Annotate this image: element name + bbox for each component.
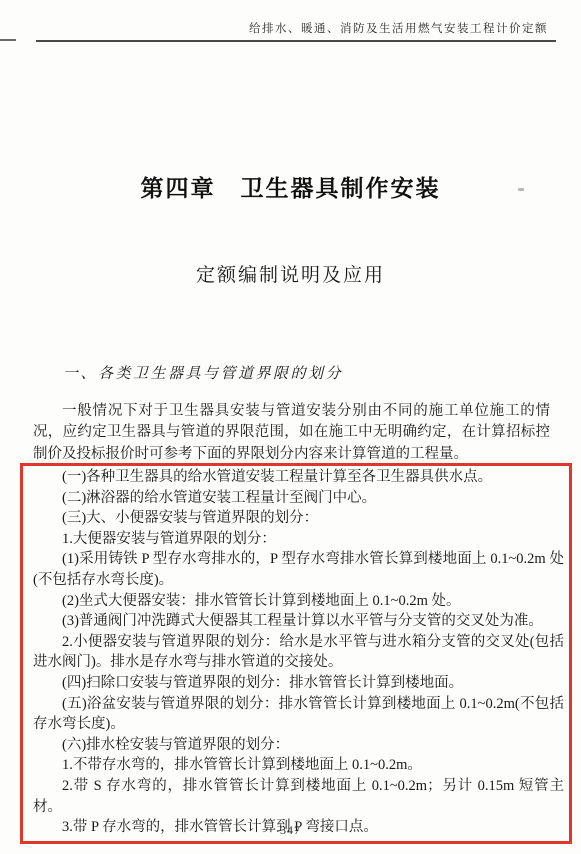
section-title: 定额编制说明及应用 <box>0 260 581 287</box>
highlighted-paragraph: (3)普通阀门冲洗蹲式大便器其工程量计算以水平管与分支管的交叉处为准。 <box>33 611 564 632</box>
highlighted-paragraph: (三)大、小便器安装与管道界限的划分： <box>33 508 564 529</box>
highlighted-paragraph: 2.带 S 存水弯的，排水管管长计算到楼地面上 0.1~0.2m；另计 0.15… <box>33 776 564 817</box>
highlighted-paragraph: 1.不带存水弯的，排水管管长计算到楼地面上 0.1~0.2m。 <box>33 755 564 776</box>
highlighted-paragraph: (一)各种卫生器具的给水管道安装工程量计算至各卫生器具供水点。 <box>33 467 564 488</box>
header-rule-dash <box>0 39 16 41</box>
page-number: 347 <box>0 823 581 838</box>
header-rule <box>36 40 556 42</box>
highlighted-paragraph: (四)扫除口安装与管道界限的划分：排水管管长计算到楼地面。 <box>33 673 564 694</box>
running-header: 给排水、暖通、消防及生活用燃气安装工程计价定额 <box>33 20 548 36</box>
highlighted-paragraph: (2)坐式大便器安装：排水管管长计算到楼地面上 0.1~0.2m 处。 <box>33 591 564 612</box>
highlight-box: (一)各种卫生器具的给水管道安装工程量计算至各卫生器具供水点。(二)淋浴器的给水… <box>20 463 572 844</box>
highlighted-paragraph: 1.大便器安装与管道界限的划分： <box>33 529 564 550</box>
highlighted-paragraph: 2.小便器安装与管道界限的划分：给水是水平管与进水箱分支管的交叉处(包括进水阀门… <box>33 632 564 673</box>
document-page: 给排水、暖通、消防及生活用燃气安装工程计价定额 第四章 卫生器具制作安装 定额编… <box>0 0 581 854</box>
highlighted-paragraph: (1)采用铸铁 P 型存水弯排水的，P 型存水弯排水管长算到楼地面上 0.1~0… <box>33 549 564 590</box>
highlighted-paragraph: (五)浴盆安装与管道界限的划分：排水管管长计算到楼地面上 0.1~0.2m(不包… <box>33 694 564 735</box>
intro-paragraph: 一般情况下对于卫生器具安装与管道安装分别由不同的施工单位施工的情况，应约定卫生器… <box>33 401 550 465</box>
body-heading: 一、各类卫生器具与管道界限的划分 <box>33 362 551 383</box>
chapter-title: 第四章 卫生器具制作安装 <box>0 170 581 203</box>
highlighted-paragraph: (六)排水栓安装与管道界限的划分： <box>33 735 564 756</box>
highlighted-paragraph: (二)淋浴器的给水管道安装工程量计至阀门中心。 <box>33 488 564 509</box>
